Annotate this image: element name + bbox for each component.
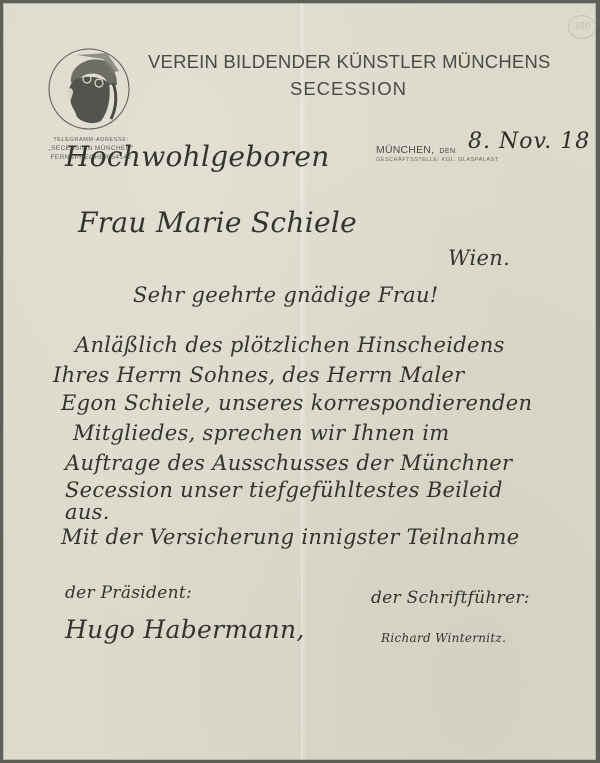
athena-helmet-medallion-icon (47, 47, 131, 131)
body-line: Secession unser tiefgefühltestes Beileid (65, 478, 503, 502)
salutation-title: Hochwohlgeboren (65, 140, 330, 173)
city-line: MÜNCHEN, DEN (376, 144, 456, 156)
signature-secretary: Richard Winternitz. (381, 631, 506, 645)
body-line: Anläßlich des plötzlichen Hinscheidens (75, 333, 505, 357)
body-line: Egon Schiele, unseres korrespondierenden (61, 391, 532, 415)
organization-name: VEREIN BILDENDER KÜNSTLER MÜNCHENS (148, 51, 448, 73)
handwritten-date: 8. Nov. 18 (468, 129, 590, 154)
archive-number-stamp: 380 (568, 15, 596, 39)
body-line: Auftrage des Ausschusses der Münchner (65, 451, 512, 475)
recipient-name: Frau Marie Schiele (78, 206, 357, 239)
city-name: MÜNCHEN, (376, 144, 434, 156)
body-line: Ihres Herrn Sohnes, des Herrn Maler (53, 363, 464, 387)
recipient-place: Wien. (448, 246, 510, 270)
greeting: Sehr geehrte gnädige Frau! (133, 283, 439, 307)
signature-president: Hugo Habermann, (65, 615, 305, 644)
closing-line: Mit der Versicherung innigster Teilnahme (61, 525, 519, 549)
organization-subtitle: SECESSION (290, 78, 407, 100)
den-label: DEN (439, 148, 455, 155)
body-line: aus. (65, 500, 110, 524)
letter-page: 380 VEREIN BILDENDER KÜNSTLER MÜNCHENS S… (3, 3, 596, 760)
office-address: GESCHÄFTSSTELLE: KGL. GLASPALAST (376, 157, 499, 163)
signatory-role-president: der Präsident: (65, 583, 192, 603)
body-line: Mitgliedes, sprechen wir Ihnen im (73, 421, 449, 445)
signatory-role-secretary: der Schriftführer: (371, 588, 530, 608)
